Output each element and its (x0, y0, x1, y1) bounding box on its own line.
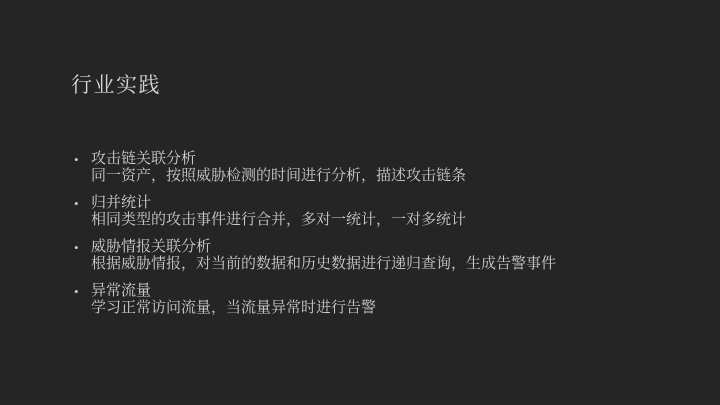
presentation-slide: 行业实践 • 攻击链关联分析 同一资产，按照威胁检测的时间进行分析，描述攻击链条… (0, 0, 720, 405)
list-item: • 异常流量 学习正常访问流量，当流量异常时进行告警 (74, 283, 670, 317)
bullet-list: • 攻击链关联分析 同一资产，按照威胁检测的时间进行分析，描述攻击链条 • 归并… (74, 151, 670, 327)
bullet-text: 攻击链关联分析 同一资产，按照威胁检测的时间进行分析，描述攻击链条 (91, 151, 670, 185)
bullet-heading: 威胁情报关联分析 (91, 239, 670, 256)
list-item: • 归并统计 相同类型的攻击事件进行合并，多对一统计，一对多统计 (74, 195, 670, 229)
list-item: • 威胁情报关联分析 根据威胁情报，对当前的数据和历史数据进行递归查询，生成告警… (74, 239, 670, 273)
bullet-text: 归并统计 相同类型的攻击事件进行合并，多对一统计，一对多统计 (91, 195, 670, 229)
list-item: • 攻击链关联分析 同一资产，按照威胁检测的时间进行分析，描述攻击链条 (74, 151, 670, 185)
bullet-heading: 归并统计 (91, 195, 670, 212)
bullet-description: 根据威胁情报，对当前的数据和历史数据进行递归查询，生成告警事件 (91, 256, 670, 273)
bullet-heading: 异常流量 (91, 283, 670, 300)
bullet-icon: • (74, 239, 91, 256)
bullet-text: 威胁情报关联分析 根据威胁情报，对当前的数据和历史数据进行递归查询，生成告警事件 (91, 239, 670, 273)
bullet-icon: • (74, 283, 91, 300)
bullet-description: 同一资产，按照威胁检测的时间进行分析，描述攻击链条 (91, 168, 670, 185)
bullet-heading: 攻击链关联分析 (91, 151, 670, 168)
bullet-description: 相同类型的攻击事件进行合并，多对一统计，一对多统计 (91, 212, 670, 229)
bullet-description: 学习正常访问流量，当流量异常时进行告警 (91, 300, 670, 317)
slide-title: 行业实践 (71, 72, 161, 98)
bullet-text: 异常流量 学习正常访问流量，当流量异常时进行告警 (91, 283, 670, 317)
bullet-icon: • (74, 195, 91, 212)
bullet-icon: • (74, 151, 91, 168)
